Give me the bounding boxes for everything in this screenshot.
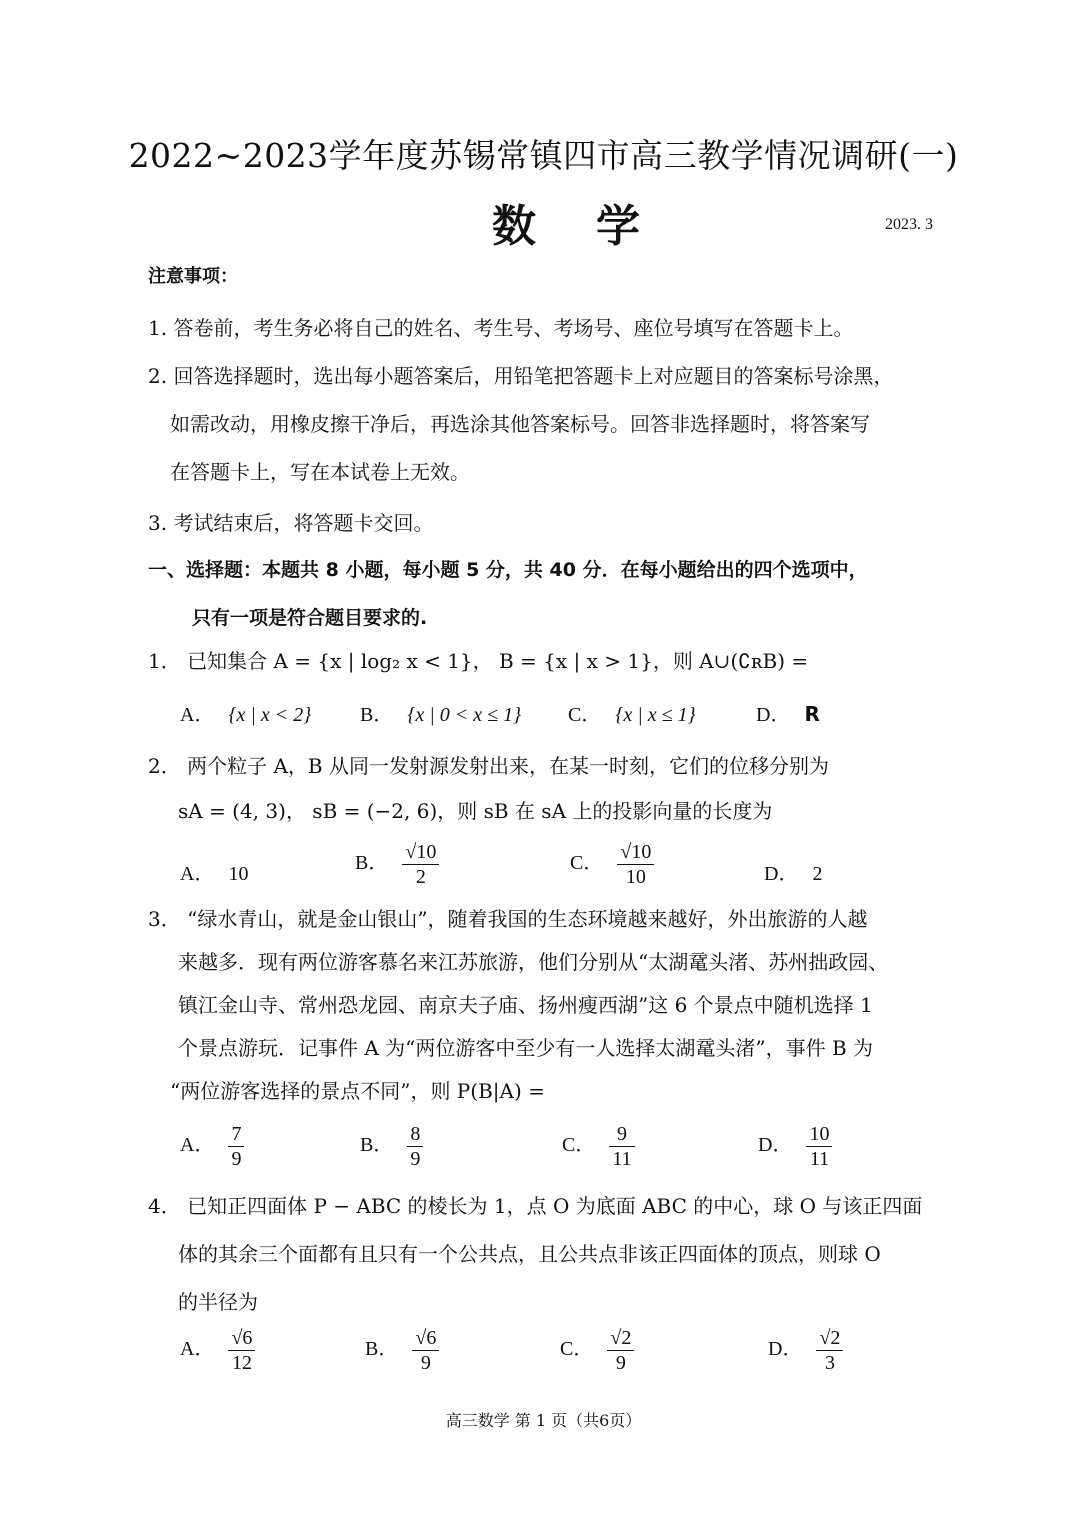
section-heading-cont: 只有一项是符合题目要求的. [192, 603, 427, 630]
question-4-line-2: 体的其余三个面都有且只有一个公共点，且公共点非该正四面体的顶点，则球 O [178, 1238, 881, 1267]
q4-option-b[interactable]: B．√69 [365, 1326, 439, 1375]
notice-item-1: 1. 答卷前，考生务必将自己的姓名、考生号、考场号、座位号填写在答题卡上。 [148, 312, 853, 341]
notice-item-2-cont2: 在答题卡上，写在本试卷上无效。 [170, 456, 470, 485]
page-footer: 高三数学 第 1 页（共6页） [0, 1408, 1087, 1431]
question-number: 1． [148, 649, 181, 673]
question-3-line-3: 镇江金山寺、常州恐龙园、南京夫子庙、扬州瘦西湖”这 6 个景点中随机选择 1 [178, 989, 873, 1018]
question-2: 2． 两个粒子 A，B 从同一发射源发射出来，在某一时刻，它们的位移分别为 [148, 750, 829, 779]
question-number: 2． [148, 754, 181, 778]
q4-option-c[interactable]: C．√29 [560, 1326, 634, 1375]
q2-option-a[interactable]: A．10 [180, 857, 248, 886]
notice-item-2-cont: 如需改动，用橡皮擦干净后，再选涂其他答案标号。回答非选择题时，将答案写 [170, 408, 870, 437]
q3-option-d[interactable]: D．1011 [758, 1122, 832, 1171]
question-4: 4． 已知正四面体 P − ABC 的棱长为 1，点 O 为底面 ABC 的中心… [148, 1190, 922, 1219]
question-1: 1． 已知集合 A = {x | log₂ x < 1}， B = {x | x… [148, 645, 808, 674]
q2-option-d[interactable]: D．2 [764, 857, 822, 886]
exam-date: 2023. 3 [885, 216, 933, 234]
question-stem: 已知集合 A = {x | log₂ x < 1}， B = {x | x > … [187, 649, 808, 673]
q3-option-b[interactable]: B．89 [360, 1122, 423, 1171]
section-heading: 一、选择题：本题共 8 小题，每小题 5 分，共 40 分．在每小题给出的四个选… [148, 555, 868, 582]
q2-option-c[interactable]: C．√1010 [570, 840, 654, 889]
notice-item-3: 3. 考试结束后，将答题卡交回。 [148, 507, 433, 536]
subject-title: 数学 [492, 190, 700, 254]
question-3-line-5: “两位游客选择的景点不同”，则 P(B|A) = [170, 1075, 545, 1104]
q1-option-d[interactable]: D．R [756, 698, 820, 727]
question-2-stem-cont: sA = (4, 3)， sB = (−2, 6)，则 sB 在 sA 上的投影… [178, 795, 772, 824]
q4-option-d[interactable]: D．√23 [768, 1326, 843, 1375]
q1-option-b[interactable]: B．{x | 0 < x ≤ 1} [360, 698, 521, 727]
question-number: 4． [148, 1194, 181, 1218]
q1-option-c[interactable]: C．{x | x ≤ 1} [568, 698, 696, 727]
question-3: 3． “绿水青山，就是金山银山”，随着我国的生态环境越来越好，外出旅游的人越 [148, 903, 868, 932]
q2-option-b[interactable]: B．√102 [355, 840, 439, 889]
q4-option-a[interactable]: A．√612 [180, 1326, 255, 1375]
question-3-line-4: 个景点游玩．记事件 A 为“两位游客中至少有一人选择太湖鼋头渚”，事件 B 为 [178, 1032, 873, 1061]
q3-option-c[interactable]: C．911 [562, 1122, 635, 1171]
question-stem: 两个粒子 A，B 从同一发射源发射出来，在某一时刻，它们的位移分别为 [187, 754, 829, 778]
question-4-line-3: 的半径为 [178, 1286, 258, 1315]
q3-option-a[interactable]: A．79 [180, 1122, 244, 1171]
q1-option-a[interactable]: A．{x | x < 2} [180, 698, 311, 727]
notice-heading: 注意事项： [148, 262, 238, 288]
question-3-line-2: 来越多．现有两位游客慕名来江苏旅游，他们分别从“太湖鼋头渚、苏州拙政园、 [178, 946, 888, 975]
notice-item-2: 2. 回答选择题时，选出每小题答案后，用铅笔把答题卡上对应题目的答案标号涂黑， [148, 360, 893, 389]
exam-title: 2022~2023学年度苏锡常镇四市高三教学情况调研(一) [0, 130, 1087, 177]
question-stem: “绿水青山，就是金山银山”，随着我国的生态环境越来越好，外出旅游的人越 [187, 907, 867, 931]
question-stem: 已知正四面体 P − ABC 的棱长为 1，点 O 为底面 ABC 的中心，球 … [187, 1194, 922, 1218]
question-number: 3． [148, 907, 181, 931]
